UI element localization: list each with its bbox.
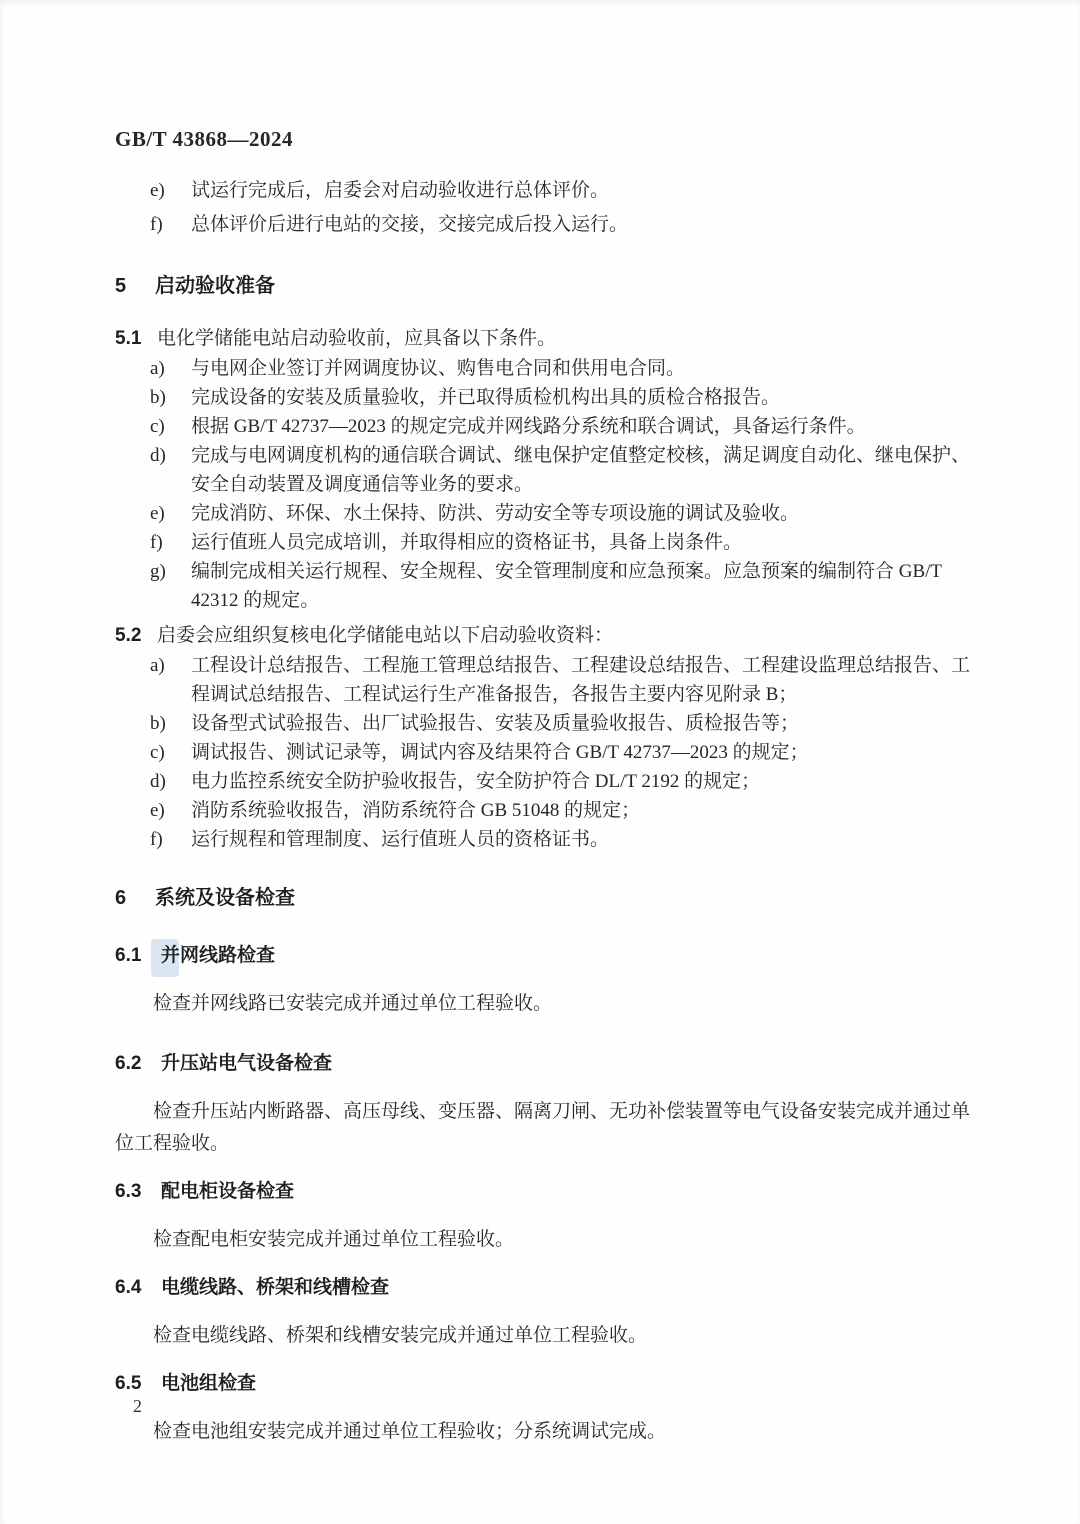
clause-5-2: 5.2 启委会应组织复核电化学储能电站以下启动验收资料：: [115, 621, 984, 651]
list-item: a) 与电网企业签订并网调度协议、购售电合同和供用电合同。: [150, 354, 984, 383]
list-item-text: 完成与电网调度机构的通信联合调试、继电保护定值整定校核，满足调度自动化、继电保护…: [191, 441, 984, 499]
list-item-text: 设备型式试验报告、出厂试验报告、安装及质量验收报告、质检报告等；: [191, 709, 984, 738]
list-item-label: e): [150, 499, 191, 528]
list-item: d) 完成与电网调度机构的通信联合调试、继电保护定值整定校核，满足调度自动化、继…: [150, 441, 984, 499]
list-item: b) 完成设备的安装及质量验收，并已取得质检机构出具的质检合格报告。: [150, 383, 984, 412]
subsection-title: 配电柜设备检查: [161, 1178, 294, 1206]
list-item-label: f): [150, 208, 191, 242]
chapter-title: 系统及设备检查: [155, 884, 295, 912]
clause-5-2-list: a) 工程设计总结报告、工程施工管理总结报告、工程建设总结报告、工程建设监理总结…: [150, 651, 984, 854]
list-item: g) 编制完成相关运行规程、安全规程、安全管理制度和应急预案。应急预案的编制符合…: [150, 557, 984, 615]
clause-text: 启委会应组织复核电化学储能电站以下启动验收资料：: [157, 621, 613, 651]
doc-number-header: GB/T 43868—2024: [115, 126, 984, 152]
subsection-number: 6.4: [115, 1274, 161, 1302]
list-item-label: a): [150, 354, 191, 383]
list-item-label: b): [150, 383, 191, 412]
list-item-label: g): [150, 557, 191, 615]
chapter-title: 启动验收准备: [155, 272, 275, 300]
intro-list: e) 试运行完成后，启委会对启动验收进行总体评价。 f) 总体评价后进行电站的交…: [150, 174, 984, 242]
list-item-text: 运行值班人员完成培训，并取得相应的资格证书，具备上岗条件。: [191, 528, 984, 557]
subsection-number: 6.3: [115, 1178, 161, 1206]
list-item-text: 完成消防、环保、水土保持、防洪、劳动安全等专项设施的调试及验收。: [191, 499, 984, 528]
list-item-text: 完成设备的安装及质量验收，并已取得质检机构出具的质检合格报告。: [191, 383, 984, 412]
list-item-text: 电力监控系统安全防护验收报告，安全防护符合 DL/T 2192 的规定；: [191, 767, 984, 796]
list-item-label: e): [150, 796, 191, 825]
list-item: e) 试运行完成后，启委会对启动验收进行总体评价。: [150, 174, 984, 208]
list-item-label: c): [150, 412, 191, 441]
list-item-text: 运行规程和管理制度、运行值班人员的资格证书。: [191, 825, 984, 854]
subsection-6-2-paragraph: 检查升压站内断路器、高压母线、变压器、隔离刀闸、无功补偿装置等电气设备安装完成并…: [115, 1096, 984, 1160]
subsection-title: 并网线路检查: [161, 942, 275, 970]
subsection-number: 6.2: [115, 1050, 161, 1078]
list-item: f) 运行规程和管理制度、运行值班人员的资格证书。: [150, 825, 984, 854]
list-item-text: 总体评价后进行电站的交接，交接完成后投入运行。: [191, 208, 984, 242]
subsection-number: 6.5: [115, 1370, 161, 1398]
list-item-label: d): [150, 441, 191, 499]
list-item-text: 调试报告、测试记录等，调试内容及结果符合 GB/T 42737—2023 的规定…: [191, 738, 984, 767]
subsection-6-4-heading: 6.4 电缆线路、桥架和线槽检查: [115, 1274, 984, 1302]
list-item: c) 调试报告、测试记录等，调试内容及结果符合 GB/T 42737—2023 …: [150, 738, 984, 767]
document-page: GB/T 43868—2024 e) 试运行完成后，启委会对启动验收进行总体评价…: [0, 0, 1080, 1524]
list-item: f) 运行值班人员完成培训，并取得相应的资格证书，具备上岗条件。: [150, 528, 984, 557]
chapter-6-heading: 6 系统及设备检查: [115, 884, 984, 912]
page-number: 2: [133, 1396, 142, 1417]
list-item-label: c): [150, 738, 191, 767]
subsection-6-2-heading: 6.2 升压站电气设备检查: [115, 1050, 984, 1078]
list-item-label: a): [150, 651, 191, 709]
subsection-6-3-heading: 6.3 配电柜设备检查: [115, 1178, 984, 1206]
list-item-text: 消防系统验收报告，消防系统符合 GB 51048 的规定；: [191, 796, 984, 825]
subsection-title: 电缆线路、桥架和线槽检查: [161, 1274, 389, 1302]
list-item: d) 电力监控系统安全防护验收报告，安全防护符合 DL/T 2192 的规定；: [150, 767, 984, 796]
list-item: c) 根据 GB/T 42737—2023 的规定完成并网线路分系统和联合调试，…: [150, 412, 984, 441]
list-item-label: b): [150, 709, 191, 738]
clause-5-1: 5.1 电化学储能电站启动验收前，应具备以下条件。: [115, 324, 984, 354]
clause-number: 5.2: [115, 621, 157, 651]
clause-text: 电化学储能电站启动验收前，应具备以下条件。: [157, 324, 556, 354]
list-item: e) 消防系统验收报告，消防系统符合 GB 51048 的规定；: [150, 796, 984, 825]
subsection-6-4-paragraph: 检查电缆线路、桥架和线槽安装完成并通过单位工程验收。: [115, 1320, 984, 1352]
subsection-6-5-heading: 6.5 电池组检查: [115, 1370, 984, 1398]
list-item: f) 总体评价后进行电站的交接，交接完成后投入运行。: [150, 208, 984, 242]
list-item-label: e): [150, 174, 191, 208]
list-item: a) 工程设计总结报告、工程施工管理总结报告、工程建设总结报告、工程建设监理总结…: [150, 651, 984, 709]
subsection-title: 升压站电气设备检查: [161, 1050, 332, 1078]
list-item-text: 编制完成相关运行规程、安全规程、安全管理制度和应急预案。应急预案的编制符合 GB…: [191, 557, 984, 615]
list-item-text: 与电网企业签订并网调度协议、购售电合同和供用电合同。: [191, 354, 984, 383]
list-item: e) 完成消防、环保、水土保持、防洪、劳动安全等专项设施的调试及验收。: [150, 499, 984, 528]
page-content: GB/T 43868—2024 e) 试运行完成后，启委会对启动验收进行总体评价…: [0, 0, 1080, 1448]
list-item-text: 试运行完成后，启委会对启动验收进行总体评价。: [191, 174, 984, 208]
list-item-label: f): [150, 528, 191, 557]
list-item-text: 根据 GB/T 42737—2023 的规定完成并网线路分系统和联合调试，具备运…: [191, 412, 984, 441]
list-item: b) 设备型式试验报告、出厂试验报告、安装及质量验收报告、质检报告等；: [150, 709, 984, 738]
list-item-label: d): [150, 767, 191, 796]
subsection-6-1-paragraph: 检查并网线路已安装完成并通过单位工程验收。: [115, 988, 984, 1020]
clause-number: 5.1: [115, 324, 157, 354]
chapter-number: 5: [115, 272, 155, 300]
clause-5-1-list: a) 与电网企业签订并网调度协议、购售电合同和供用电合同。 b) 完成设备的安装…: [150, 354, 984, 615]
list-item-label: f): [150, 825, 191, 854]
chapter-5-heading: 5 启动验收准备: [115, 272, 984, 300]
subsection-6-3-paragraph: 检查配电柜安装完成并通过单位工程验收。: [115, 1224, 984, 1256]
list-item-text: 工程设计总结报告、工程施工管理总结报告、工程建设总结报告、工程建设监理总结报告、…: [191, 651, 984, 709]
subsection-6-5-paragraph: 检查电池组安装完成并通过单位工程验收；分系统调试完成。: [115, 1416, 984, 1448]
subsection-6-1-heading: 6.1 并网线路检查: [115, 942, 984, 970]
subsection-title: 电池组检查: [161, 1370, 256, 1398]
chapter-number: 6: [115, 884, 155, 912]
